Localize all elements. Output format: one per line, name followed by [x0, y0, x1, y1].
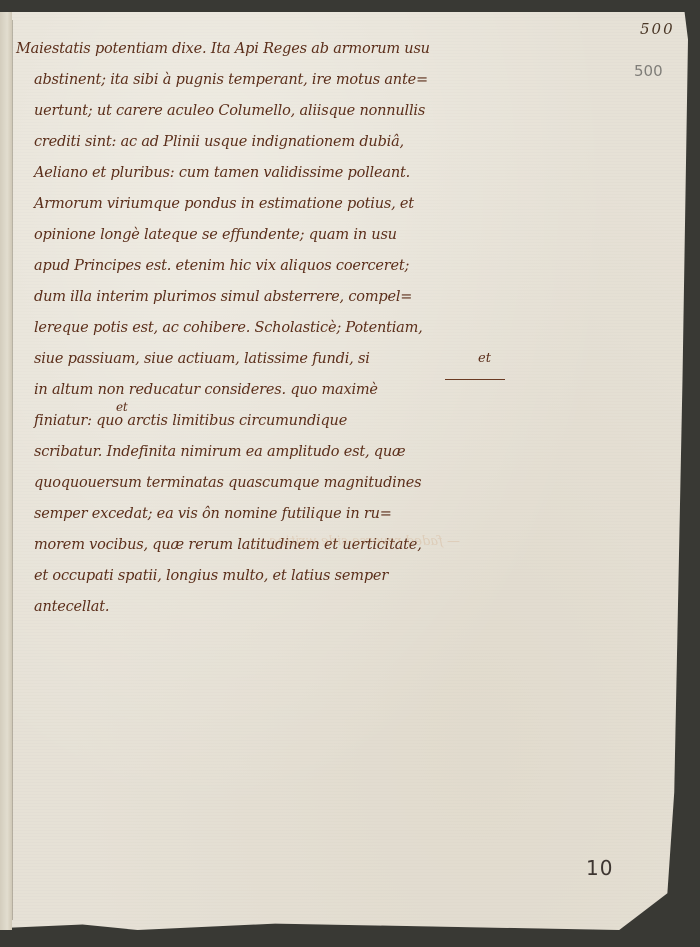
text-line: quoquouersum terminatas quascumque magni…	[34, 468, 421, 498]
text-line: lereque potis est, ac cohibere. Scholast…	[34, 313, 423, 343]
text-line: Maiestatis potentiam dixe. Ita Api Reges…	[16, 34, 430, 64]
text-line: siue passiuam, siue actiuam, latissime f…	[34, 344, 370, 374]
bleed-through-text: — faded reverse-side writing —	[20, 528, 460, 690]
text-line: opinione longè lateque se effundente; qu…	[34, 220, 397, 250]
text-line: Armorum viriumque pondus in estimatione …	[34, 189, 414, 219]
text-line: apud Principes est. etenim hic vix aliqu…	[34, 251, 409, 281]
scanned-page-view: 500 500 Maiestatis potentiam dixe. Ita A…	[0, 0, 700, 947]
text-line: semper excedat; ea vis ôn nomine futiliq…	[34, 499, 392, 529]
binding-gutter	[0, 12, 12, 930]
text-line: et finiatur: quo arctis limitibus circum…	[34, 406, 347, 436]
marginal-rule	[445, 379, 505, 380]
folio-number-ink: 500	[640, 20, 675, 38]
text-line-content: finiatur: quo arctis limitibus circumund…	[34, 413, 347, 429]
text-line: scribatur. Indefinita nimirum ea amplitu…	[34, 437, 405, 467]
text-line: in altum non reducatur consideres. quo m…	[34, 375, 378, 405]
marginal-note: et	[478, 351, 491, 366]
bleed-line	[20, 636, 460, 663]
interlinear-insertion: et	[116, 392, 128, 422]
text-line: dum illa interim plurimos simul absterre…	[34, 282, 412, 312]
bleed-line: — faded reverse-side writing —	[20, 528, 460, 555]
text-line: crediti sint: ac ad Plinii usque indigna…	[34, 127, 404, 157]
bleed-line	[20, 609, 460, 636]
bleed-line	[20, 582, 460, 609]
text-line: uertunt; ut carere aculeo Columello, ali…	[34, 96, 425, 126]
gutter-fold-line	[12, 20, 13, 920]
folio-number-pencil: 500	[634, 62, 663, 80]
page-number: 10	[586, 856, 613, 880]
bleed-line	[20, 663, 460, 690]
text-line: abstinent; ita sibi à pugnis temperant, …	[34, 65, 428, 95]
text-line: Aeliano et pluribus: cum tamen validissi…	[34, 158, 410, 188]
bleed-line	[20, 555, 460, 582]
